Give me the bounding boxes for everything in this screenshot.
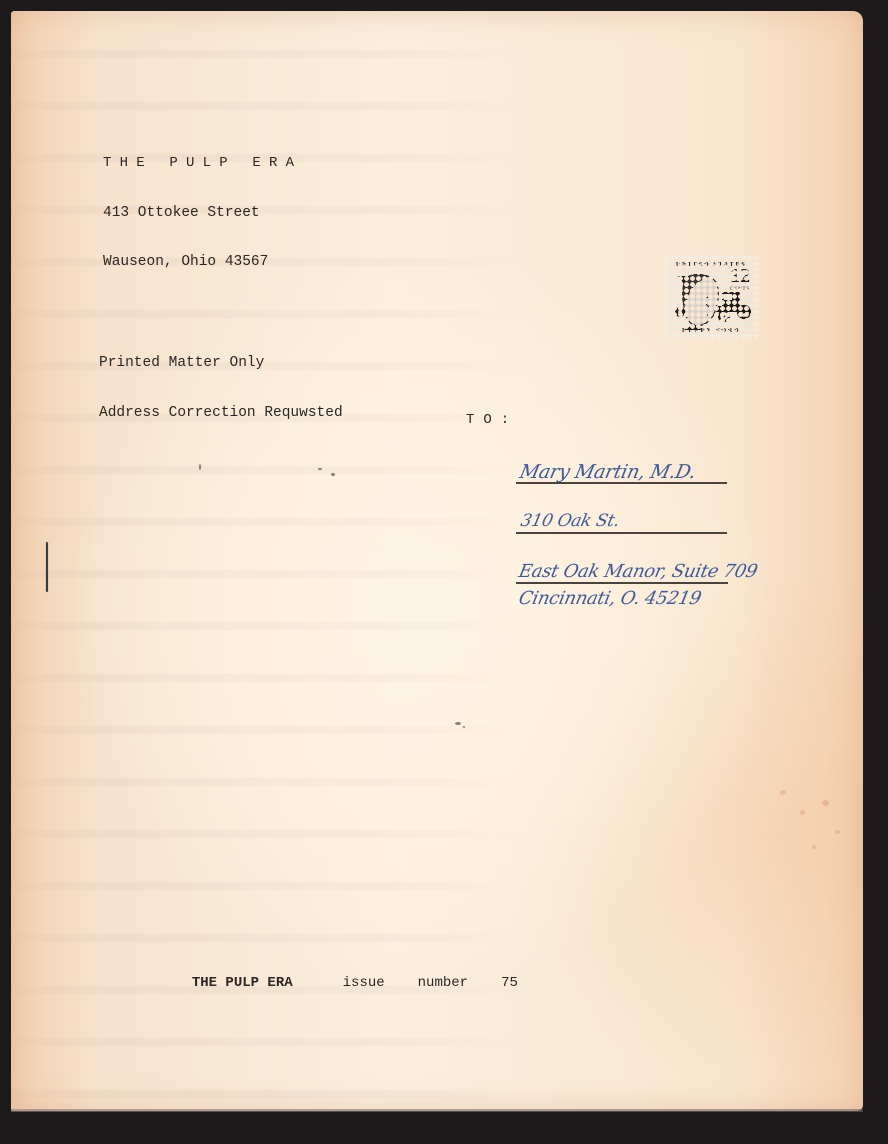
address-rule-3: [516, 582, 728, 584]
return-address: THE PULP ERA 413 Ottokee Street Wauseon,…: [103, 122, 302, 287]
footer-publication: THE PULP ERA: [192, 975, 293, 991]
paper-speck: [331, 473, 335, 476]
foxing-spot: [835, 830, 840, 834]
recipient-building: East Oak Manor, Suite 709: [517, 561, 760, 583]
issue-footer: THE PULP ERAissuenumber75: [175, 958, 518, 991]
recipient-street: 310 Oak St.: [519, 510, 622, 532]
postal-notice-line2: Address Correction Requwsted: [99, 405, 343, 422]
return-address-city: Wauseon, Ohio 43567: [103, 254, 302, 271]
postal-notice: Printed Matter Only Address Correction R…: [99, 322, 343, 438]
foxing-spot: [780, 790, 786, 795]
stamp-face: UNITED STATES 12 CENTS HENRY FORD: [668, 260, 754, 334]
page-edge: [11, 1109, 863, 1112]
address-rule-1: [516, 482, 727, 484]
recipient-name: Mary Martin, M.D.: [518, 461, 698, 483]
foxing-spot: [800, 810, 805, 815]
paper-speck: [318, 468, 322, 470]
foxing-spot: [822, 800, 829, 806]
recipient-city: Cincinnati, O. 45219: [517, 588, 703, 610]
staple: [46, 542, 48, 592]
paper-speck: [463, 726, 465, 728]
footer-issue-number: 75: [501, 975, 518, 991]
recipient-label: TO:: [466, 412, 518, 429]
return-address-street: 413 Ottokee Street: [103, 205, 302, 222]
paper-speck: [455, 722, 461, 725]
postage-stamp: UNITED STATES 12 CENTS HENRY FORD: [662, 254, 760, 340]
address-rule-2: [516, 532, 727, 534]
return-address-title: THE PULP ERA: [103, 155, 302, 172]
foxing-spot: [812, 845, 816, 849]
stamp-value: 12: [730, 266, 750, 286]
footer-number-label: number: [418, 975, 468, 991]
paper-speck: [199, 464, 201, 470]
stamp-subject: HENRY FORD: [668, 327, 754, 334]
footer-issue-label: issue: [343, 975, 385, 991]
stamp-unit: CENTS: [730, 287, 750, 292]
postal-notice-line1: Printed Matter Only: [99, 355, 343, 372]
